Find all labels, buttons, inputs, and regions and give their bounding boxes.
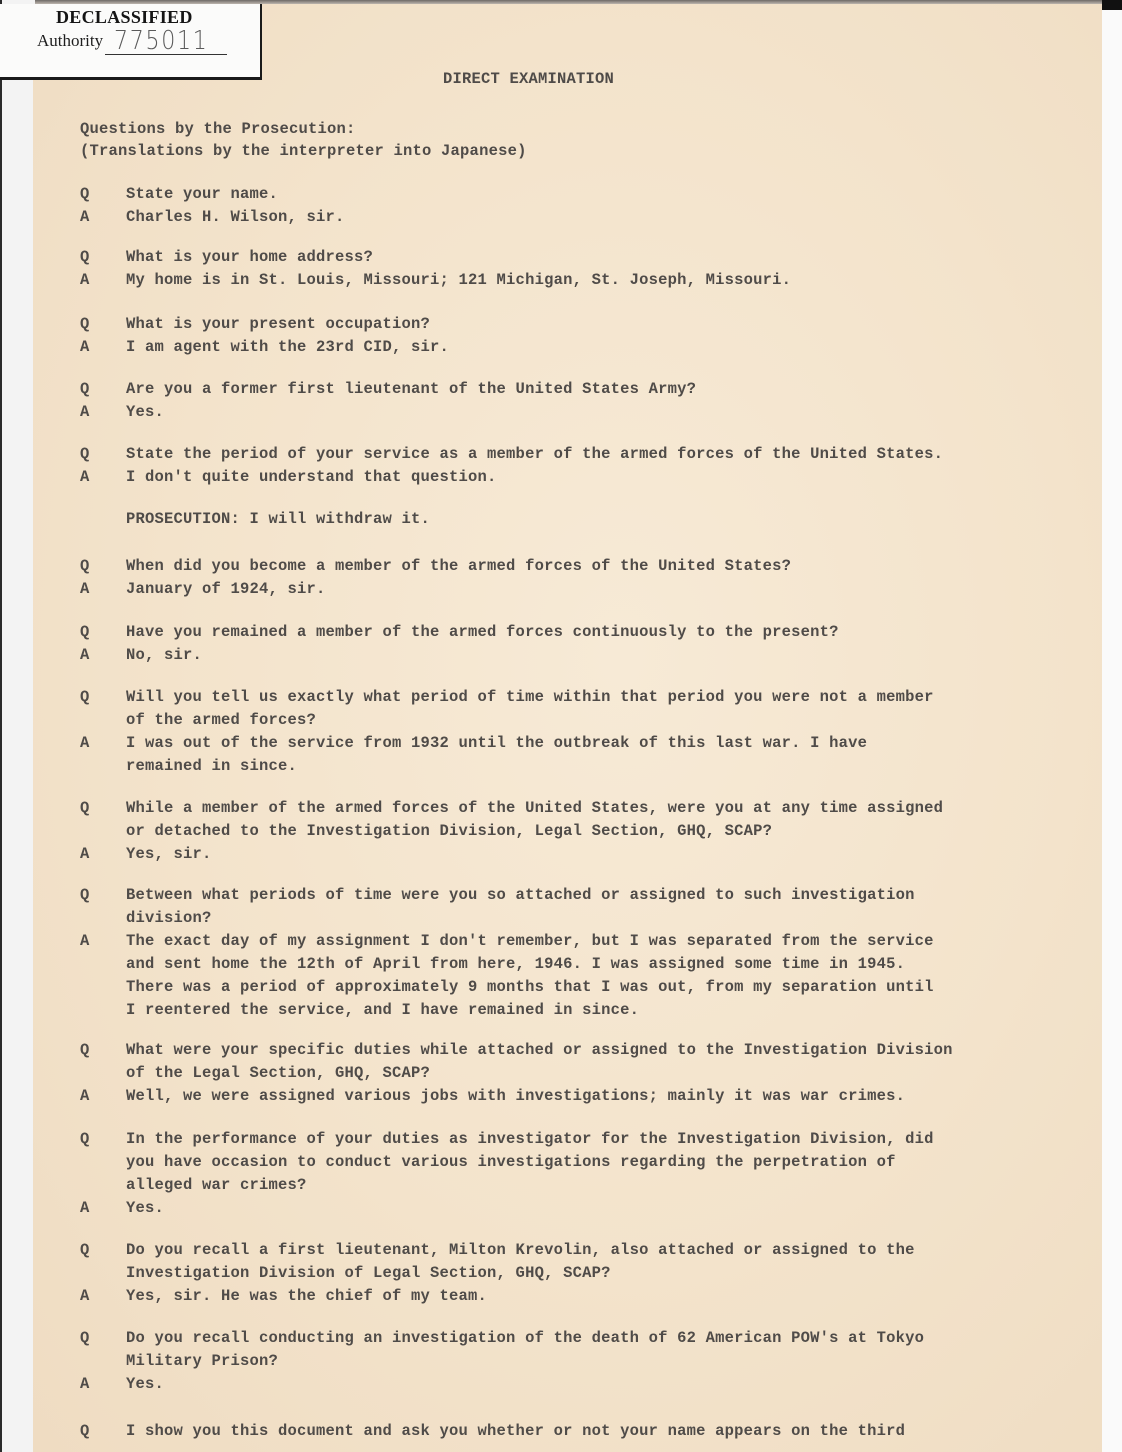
answer-text: Yes, sir. He was the chief of my team. xyxy=(126,1285,487,1308)
answer-text: January of 1924, sir. xyxy=(126,578,326,601)
question-row: QWhat were your specific duties while at… xyxy=(80,1039,1090,1085)
answer-row: AYes. xyxy=(80,1197,1090,1220)
a-label: A xyxy=(80,578,126,601)
question-text: State your name. xyxy=(126,183,278,206)
q-label: Q xyxy=(80,183,126,206)
a-label: A xyxy=(80,401,126,424)
answer-text: Well, we were assigned various jobs with… xyxy=(126,1085,905,1108)
answer-row: AI am agent with the 23rd CID, sir. xyxy=(80,336,1090,359)
scan-left-margin xyxy=(0,0,35,1452)
question-row: QIn the performance of your duties as in… xyxy=(80,1128,1090,1197)
question-text: Do you recall a first lieutenant, Milton… xyxy=(126,1239,915,1285)
a-label: A xyxy=(80,1285,126,1308)
question-row: QWhat is your home address? xyxy=(80,246,1090,269)
q-label: Q xyxy=(80,1239,126,1285)
q-label: Q xyxy=(80,555,126,578)
answer-text: I was out of the service from 1932 until… xyxy=(126,732,867,778)
a-label: A xyxy=(80,843,126,866)
q-label: Q xyxy=(80,443,126,466)
q-label: Q xyxy=(80,686,126,732)
q-label: Q xyxy=(80,1039,126,1085)
examination-intro: Questions by the Prosecution: (Translati… xyxy=(80,118,527,162)
stamp-title: DECLASSIFIED xyxy=(56,7,193,28)
question-row: QAre you a former first lieutenant of th… xyxy=(80,378,1090,401)
qa-exchange: QDo you recall conducting an investigati… xyxy=(80,1327,1090,1396)
answer-row: ANo, sir. xyxy=(80,644,1090,667)
a-label: A xyxy=(80,930,126,1022)
question-text: Have you remained a member of the armed … xyxy=(126,621,839,644)
answer-text: Yes. xyxy=(126,1373,164,1396)
qa-exchange: QWhat is your home address? AMy home is … xyxy=(80,246,1090,292)
answer-row: AYes, sir. xyxy=(80,843,1090,866)
answer-text: My home is in St. Louis, Missouri; 121 M… xyxy=(126,269,791,292)
answer-row: AYes. xyxy=(80,401,1090,424)
q-label: Q xyxy=(80,621,126,644)
question-text: What were your specific duties while att… xyxy=(126,1039,953,1085)
question-text: Are you a former first lieutenant of the… xyxy=(126,378,696,401)
question-text: When did you become a member of the arme… xyxy=(126,555,791,578)
a-label: A xyxy=(80,1197,126,1220)
question-text: In the performance of your duties as inv… xyxy=(126,1128,934,1197)
stamp-signature-line xyxy=(105,54,227,55)
answer-text: The exact day of my assignment I don't r… xyxy=(126,930,934,1022)
qa-exchange: QBetween what periods of time were you s… xyxy=(80,884,1090,1022)
answer-text: Yes. xyxy=(126,1197,164,1220)
scan-corner xyxy=(1102,0,1122,10)
answer-row: ACharles H. Wilson, sir. xyxy=(80,206,1090,229)
question-row: QWill you tell us exactly what period of… xyxy=(80,686,1090,732)
qa-exchange: QAre you a former first lieutenant of th… xyxy=(80,378,1090,424)
answer-text: I am agent with the 23rd CID, sir. xyxy=(126,336,449,359)
answer-row: AYes. xyxy=(80,1373,1090,1396)
question-row: QBetween what periods of time were you s… xyxy=(80,884,1090,930)
question-text: Between what periods of time were you so… xyxy=(126,884,915,930)
question-row: QState your name. xyxy=(80,183,1090,206)
q-label: Q xyxy=(80,1420,126,1443)
answer-row: AWell, we were assigned various jobs wit… xyxy=(80,1085,1090,1108)
declassified-stamp: DECLASSIFIED Authority 775011 xyxy=(0,4,262,80)
intro-line-translation: (Translations by the interpreter into Ja… xyxy=(80,140,527,162)
q-label: Q xyxy=(80,797,126,843)
qa-exchange: QWill you tell us exactly what period of… xyxy=(80,686,1090,778)
answer-row: AYes, sir. He was the chief of my team. xyxy=(80,1285,1090,1308)
a-label: A xyxy=(80,336,126,359)
q-label: Q xyxy=(80,1327,126,1373)
answer-text: Charles H. Wilson, sir. xyxy=(126,206,345,229)
a-label: A xyxy=(80,269,126,292)
question-text: What is your present occupation? xyxy=(126,313,430,336)
question-row: QDo you recall conducting an investigati… xyxy=(80,1327,1090,1373)
question-row: QI show you this document and ask you wh… xyxy=(80,1420,1090,1443)
qa-exchange: QHave you remained a member of the armed… xyxy=(80,621,1090,667)
qa-exchange: QState the period of your service as a m… xyxy=(80,443,1090,489)
a-label: A xyxy=(80,732,126,778)
answer-text: Yes. xyxy=(126,401,164,424)
qa-exchange: QState your name. ACharles H. Wilson, si… xyxy=(80,183,1090,229)
answer-text: I don't quite understand that question. xyxy=(126,466,497,489)
question-row: QWhile a member of the armed forces of t… xyxy=(80,797,1090,843)
q-label: Q xyxy=(80,378,126,401)
question-text: Will you tell us exactly what period of … xyxy=(126,686,934,732)
stamp-authority-label: Authority xyxy=(37,31,103,51)
a-label: A xyxy=(80,644,126,667)
q-label: Q xyxy=(80,246,126,269)
answer-row: AI don't quite understand that question. xyxy=(80,466,1090,489)
intro-line-prosecution: Questions by the Prosecution: xyxy=(80,118,527,140)
answer-row: AThe exact day of my assignment I don't … xyxy=(80,930,1090,1022)
qa-exchange: QWhat is your present occupation? AI am … xyxy=(80,313,1090,359)
answer-row: AMy home is in St. Louis, Missouri; 121 … xyxy=(80,269,1090,292)
question-row: QDo you recall a first lieutenant, Milto… xyxy=(80,1239,1090,1285)
question-text: While a member of the armed forces of th… xyxy=(126,797,943,843)
question-row: QState the period of your service as a m… xyxy=(80,443,1090,466)
question-text: State the period of your service as a me… xyxy=(126,443,943,466)
qa-exchange: QWhat were your specific duties while at… xyxy=(80,1039,1090,1108)
question-text: What is your home address? xyxy=(126,246,373,269)
qa-exchange: QI show you this document and ask you wh… xyxy=(80,1420,1090,1443)
document-title: DIRECT EXAMINATION xyxy=(443,70,614,88)
a-label: A xyxy=(80,1085,126,1108)
answer-text: Yes, sir. xyxy=(126,843,212,866)
answer-row: AJanuary of 1924, sir. xyxy=(80,578,1090,601)
stamp-authority-number: 775011 xyxy=(114,26,209,56)
q-label: Q xyxy=(80,1128,126,1197)
question-row: QWhat is your present occupation? xyxy=(80,313,1090,336)
question-text: I show you this document and ask you whe… xyxy=(126,1420,905,1443)
question-text: Do you recall conducting an investigatio… xyxy=(126,1327,924,1373)
q-label: Q xyxy=(80,313,126,336)
q-label: Q xyxy=(80,884,126,930)
qa-exchange: QWhen did you become a member of the arm… xyxy=(80,555,1090,601)
a-label: A xyxy=(80,466,126,489)
answer-text: No, sir. xyxy=(126,644,202,667)
answer-row: AI was out of the service from 1932 unti… xyxy=(80,732,1090,778)
a-label: A xyxy=(80,1373,126,1396)
qa-exchange: QIn the performance of your duties as in… xyxy=(80,1128,1090,1220)
question-row: QHave you remained a member of the armed… xyxy=(80,621,1090,644)
qa-exchange: QWhile a member of the armed forces of t… xyxy=(80,797,1090,866)
scan-right-margin xyxy=(1102,0,1122,1452)
a-label: A xyxy=(80,206,126,229)
qa-exchange: QDo you recall a first lieutenant, Milto… xyxy=(80,1239,1090,1308)
prosecution-note: PROSECUTION: I will withdraw it. xyxy=(126,510,430,528)
question-row: QWhen did you become a member of the arm… xyxy=(80,555,1090,578)
